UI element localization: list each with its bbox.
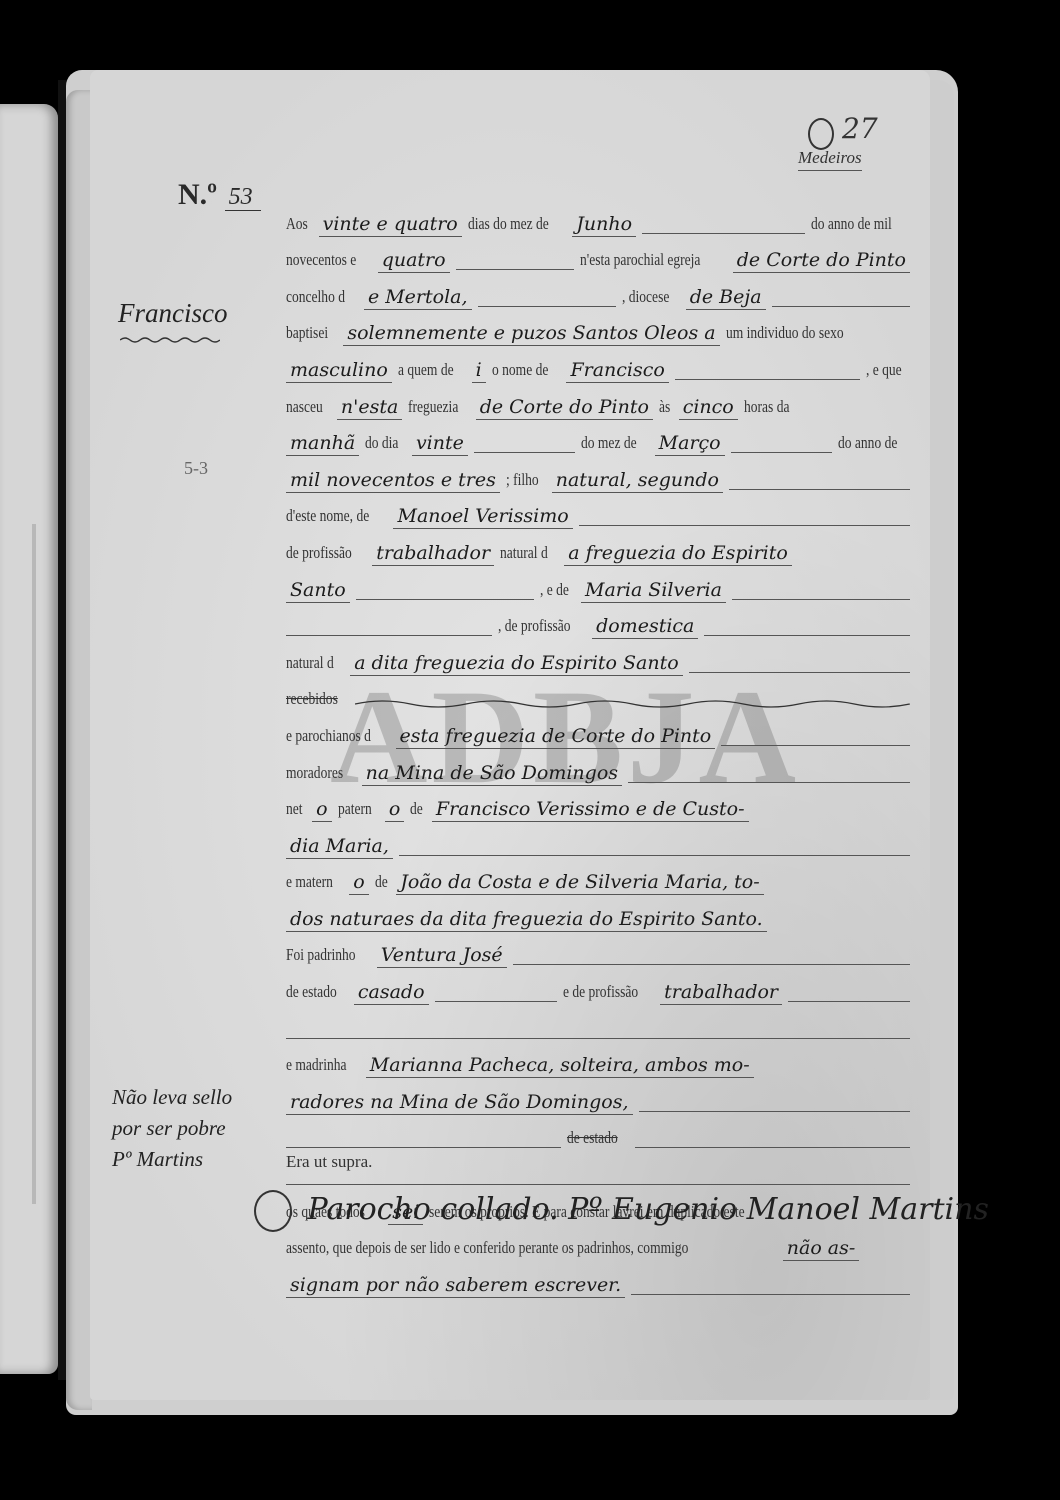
blank-rule (732, 598, 910, 600)
handwritten-entry: vinte (412, 433, 468, 456)
handwritten-entry: manhã (286, 433, 359, 456)
printed-text: dias do mez de (468, 214, 549, 237)
handwritten-entry: Francisco (566, 360, 668, 383)
handwritten-entry: trabalhador (660, 982, 782, 1005)
entry-number-value: 53 (225, 184, 261, 211)
printed-text: freguezia (408, 397, 458, 420)
printed-text: Aos (286, 214, 308, 237)
printed-text: d'este nome, de (286, 506, 369, 529)
record-line: netopaternodeFrancisco Verissimo e de Cu… (286, 786, 916, 823)
printed-text: concelho d (286, 287, 345, 310)
handwritten-entry: a freguezia do Espirito (564, 543, 792, 566)
margin-baptized-name: Francisco (118, 298, 227, 329)
handwritten-entry: não as- (783, 1238, 860, 1261)
handwritten-entry: mil novecentos e tres (286, 470, 500, 493)
printed-text: moradores (286, 763, 343, 786)
record-line: masculinoa quem deio nome deFrancisco, e… (286, 346, 916, 383)
handwritten-entry: quatro (378, 250, 450, 273)
blank-rule (286, 634, 492, 636)
handwritten-entry: cinco (679, 397, 738, 420)
printed-text: o nome de (492, 360, 548, 383)
printed-text: às (659, 397, 670, 420)
handwritten-entry: solemnemente e puzos Santos Oleos a (343, 323, 719, 346)
cancel-wavy-line (355, 698, 910, 708)
record-line: Aosvinte e quatrodias do mez deJunhodo a… (286, 200, 916, 237)
blank-rule (478, 305, 616, 307)
record-line: mil novecentos e tres; filhonatural, seg… (286, 456, 916, 493)
printed-text: de estado (286, 982, 337, 1005)
record-line (286, 1151, 916, 1188)
printed-text: horas da (744, 397, 789, 420)
blank-rule (513, 963, 910, 965)
handwritten-entry: natural, segundo (552, 470, 723, 493)
record-line (286, 1005, 916, 1042)
facing-page-edge (0, 104, 58, 1374)
printed-text: e matern (286, 872, 333, 895)
blank-rule (689, 671, 910, 673)
blank-rule (628, 781, 910, 783)
closing-formula: Era ut supra. (286, 1152, 372, 1172)
handwritten-entry: domestica (592, 616, 698, 639)
record-line: d'este nome, deManoel Verissimo (286, 493, 916, 530)
handwritten-entry: i (472, 360, 486, 383)
printed-text: do anno de (838, 433, 897, 456)
handwritten-entry: o (349, 872, 368, 895)
printed-text: , e de (540, 580, 569, 603)
signature-flourish-icon (254, 1190, 292, 1232)
handwritten-entry: Santo (286, 580, 350, 603)
priest-signature: Parocho collado. Pº Eugenio Manoel Marti… (254, 1190, 989, 1232)
handwritten-entry: masculino (286, 360, 392, 383)
record-line: nasceun'estafregueziade Corte do Pintoàs… (286, 383, 916, 420)
record-line: natural da dita freguezia do Espirito Sa… (286, 639, 916, 676)
printed-text: patern (338, 799, 372, 822)
record-line: moradoresna Mina de São Domingos (286, 749, 916, 786)
printed-text: de (410, 799, 423, 822)
record-line: dia Maria, (286, 822, 916, 859)
printed-text: baptisei (286, 323, 328, 346)
handwritten-entry: Maria Silveria (581, 580, 726, 603)
handwritten-entry: Manoel Verissimo (393, 506, 572, 529)
printed-text: e madrinha (286, 1055, 346, 1078)
record-line: e maternodeJoão da Costa e de Silveria M… (286, 859, 916, 896)
record-line: e madrinhaMarianna Pacheca, solteira, am… (286, 1042, 916, 1079)
handwritten-entry: esta freguezia de Corte do Pinto (396, 726, 716, 749)
entry-number-label: N.º (178, 178, 217, 211)
printed-text: , diocese (622, 287, 669, 310)
handwritten-entry: Junho (572, 214, 636, 237)
entry-number: N.º 53 (178, 178, 261, 212)
blank-rule (729, 488, 910, 490)
printed-text: Foi padrinho (286, 945, 356, 968)
handwritten-entry: de Corte do Pinto (476, 397, 653, 420)
blank-rule (474, 451, 575, 453)
printed-text: nasceu (286, 397, 323, 420)
printed-text: do mez de (581, 433, 637, 456)
handwritten-entry: n'esta (337, 397, 402, 420)
blank-rule (456, 268, 574, 270)
signature-name: Pº Eugenio Manoel Martins (568, 1192, 989, 1227)
printed-text: de estado (567, 1128, 618, 1151)
record-line: dos naturaes da dita freguezia do Espiri… (286, 895, 916, 932)
page-left-edge (66, 90, 92, 1410)
blank-rule (399, 854, 910, 856)
printed-text: um individuo do sexo (726, 323, 844, 346)
printed-text: recebidos (286, 689, 338, 712)
printed-text: e de profissão (563, 982, 638, 1005)
handwritten-entry: dos naturaes da dita freguezia do Espiri… (286, 909, 767, 932)
blank-rule (675, 378, 861, 380)
handwritten-entry: vinte e quatro (319, 214, 462, 237)
blank-rule (286, 1037, 910, 1039)
record-line: radores na Mina de São Domingos, (286, 1078, 916, 1115)
margin-seal-note: Não leva sello por ser pobre Pº Martins (112, 1082, 282, 1175)
printed-text: e parochianos d (286, 726, 371, 749)
record-line: , de profissãodomestica (286, 603, 916, 640)
record-line: signam por não saberem escrever. (286, 1261, 916, 1298)
blank-rule (286, 1183, 910, 1185)
handwritten-entry: Ventura José (377, 945, 507, 968)
record-line: baptiseisolemnemente e puzos Santos Oleo… (286, 310, 916, 347)
record-line: de profissãotrabalhadornatural da fregue… (286, 529, 916, 566)
printed-text: a quem de (398, 360, 454, 383)
baptism-record-body: Aosvinte e quatrodias do mez deJunhodo a… (286, 200, 916, 1298)
handwritten-entry: de Beja (686, 287, 766, 310)
handwritten-entry: de Corte do Pinto (733, 250, 910, 273)
blank-rule (579, 524, 910, 526)
folio-number: 27 Medeiros (808, 112, 878, 150)
printed-text: ; filho (506, 470, 539, 493)
printed-text: natural d (286, 653, 334, 676)
printed-text: , e que (866, 360, 902, 383)
record-line: recebidos (286, 676, 916, 713)
printed-text: do anno de mil (811, 214, 892, 237)
folio-rubric: Medeiros (798, 148, 862, 171)
printed-text: assento, que depois de ser lido e confer… (286, 1238, 688, 1261)
blank-rule (635, 1146, 910, 1148)
printed-text: , de profissão (498, 616, 571, 639)
record-line: de estadocasadoe de profissãotrabalhador (286, 968, 916, 1005)
printed-text: de (375, 872, 388, 895)
blank-rule (788, 1000, 910, 1002)
printed-text: net (286, 799, 303, 822)
handwritten-entry: na Mina de São Domingos (362, 763, 622, 786)
record-line: concelho de Mertola,, diocesede Beja (286, 273, 916, 310)
handwritten-entry: trabalhador (372, 543, 494, 566)
blank-rule (731, 451, 832, 453)
handwritten-entry: a dita freguezia do Espirito Santo (350, 653, 683, 676)
handwritten-entry: casado (354, 982, 429, 1005)
signature-title: Parocho collado. (308, 1192, 559, 1227)
handwritten-entry: signam por não saberem escrever. (286, 1275, 625, 1298)
blank-rule (435, 1000, 557, 1002)
record-line: Foi padrinhoVentura José (286, 932, 916, 969)
printed-text: novecentos e (286, 250, 356, 273)
record-line: de estado (286, 1115, 916, 1152)
printed-text: natural d (500, 543, 548, 566)
blank-rule (286, 1146, 561, 1148)
blank-rule (772, 305, 910, 307)
handwritten-entry: Francisco Verissimo e de Custo- (432, 799, 749, 822)
blank-rule (639, 1110, 910, 1112)
blank-rule (642, 232, 805, 234)
record-line: Santo, e deMaria Silveria (286, 566, 916, 603)
margin-reference-number: 5-3 (184, 458, 208, 479)
printed-text: de profissão (286, 543, 352, 566)
handwritten-entry: o (312, 799, 331, 822)
margin-flourish-icon (120, 336, 220, 344)
blank-rule (704, 634, 910, 636)
record-line: e parochianos desta freguezia de Corte d… (286, 712, 916, 749)
folio-mark-icon (808, 118, 834, 150)
record-line: manhãdo diavintedo mez deMarçodo anno de (286, 420, 916, 457)
blank-rule (631, 1293, 910, 1295)
handwritten-entry: e Mertola, (364, 287, 472, 310)
printed-text: do dia (365, 433, 398, 456)
blank-rule (356, 598, 534, 600)
handwritten-entry: radores na Mina de São Domingos, (286, 1092, 633, 1115)
handwritten-entry: Marianna Pacheca, solteira, ambos mo- (366, 1055, 754, 1078)
handwritten-entry: Março (655, 433, 725, 456)
handwritten-entry: dia Maria, (286, 836, 393, 859)
blank-rule (721, 744, 910, 746)
handwritten-entry: o (385, 799, 404, 822)
handwritten-entry: João da Costa e de Silveria Maria, to- (396, 872, 763, 895)
record-line: novecentos equatron'esta parochial egrej… (286, 237, 916, 274)
printed-text: n'esta parochial egreja (580, 250, 700, 273)
